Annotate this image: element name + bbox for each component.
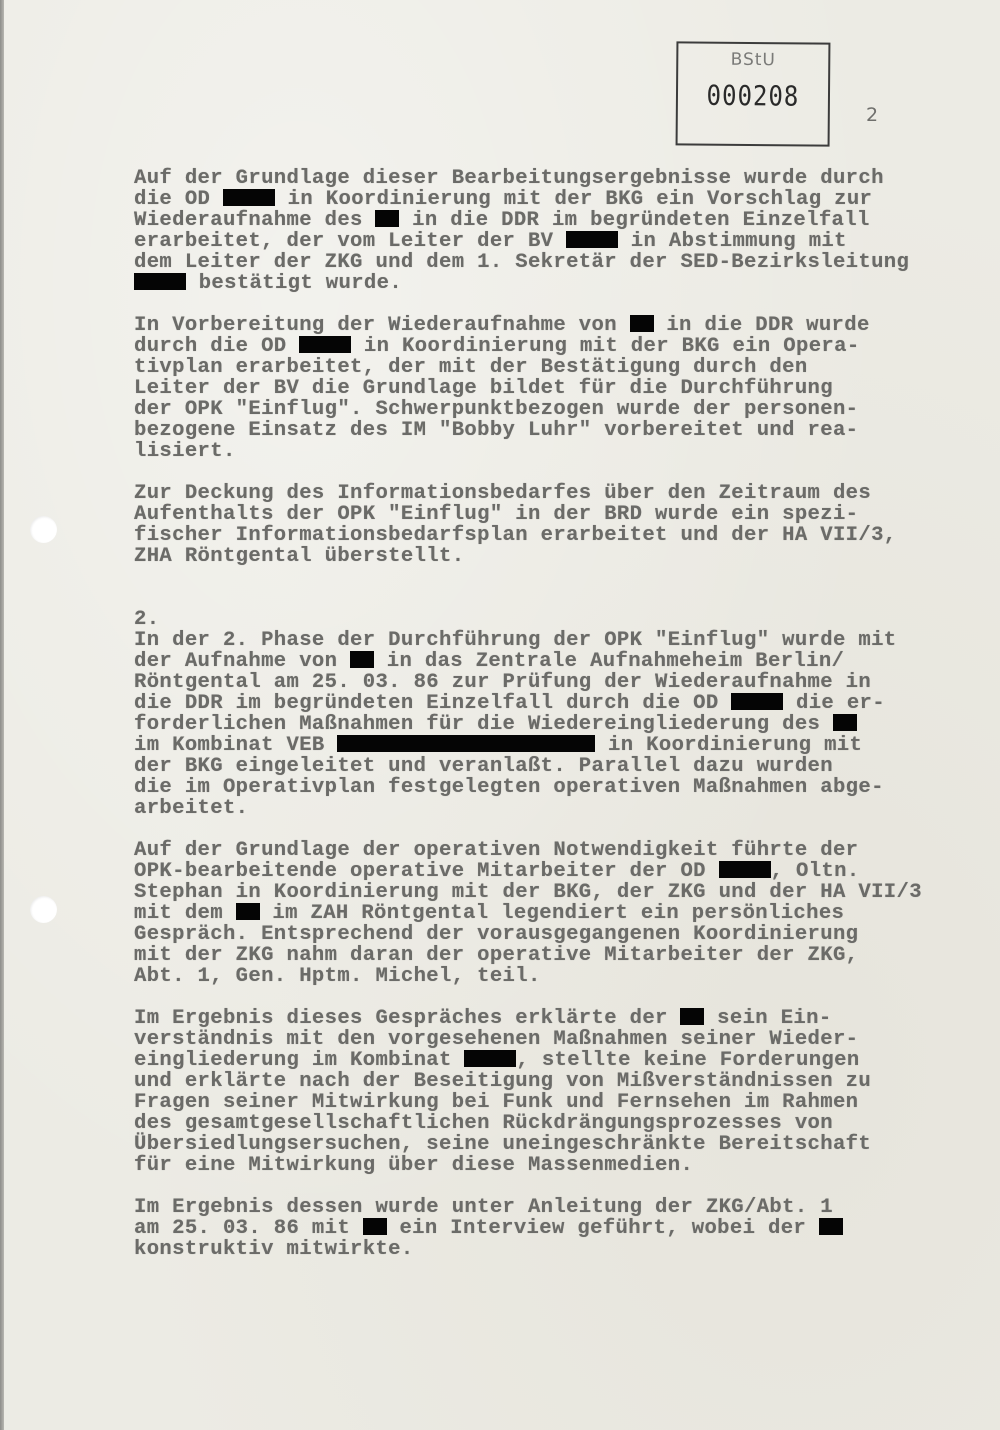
paragraph: Im Ergebnis dieses Gespräches erklärte d… bbox=[134, 1008, 904, 1176]
text-segment: tivplan erarbeitet, der mit der Bestätig… bbox=[134, 356, 808, 379]
text-segment: in Koordinierung mit bbox=[595, 734, 862, 757]
redaction-box bbox=[337, 735, 595, 752]
redaction-box bbox=[731, 693, 783, 710]
text-line: arbeitet. bbox=[134, 798, 904, 819]
text-segment: Leiter der BV die Grundlage bildet für d… bbox=[134, 377, 833, 400]
text-line: erarbeitet, der vom Leiter der BV in Abs… bbox=[134, 231, 904, 252]
text-segment: Abt. 1, Gen. Hptm. Michel, teil. bbox=[134, 965, 541, 988]
text-line: die im Operativplan festgelegten operati… bbox=[134, 777, 904, 798]
text-segment: Röntgental am 25. 03. 86 zur Prüfung der… bbox=[134, 671, 871, 694]
punch-hole bbox=[30, 516, 57, 543]
paragraph-gap bbox=[134, 987, 904, 1008]
text-line: Zur Deckung des Informationsbedarfes übe… bbox=[134, 483, 904, 504]
paragraph-gap bbox=[134, 1176, 904, 1197]
text-line: mit der ZKG nahm daran der operative Mit… bbox=[134, 945, 904, 966]
text-line: der OPK "Einflug". Schwerpunktbezogen wu… bbox=[134, 399, 904, 420]
text-line: dem Leiter der ZKG und dem 1. Sekretär d… bbox=[134, 252, 904, 273]
text-segment: , stellte keine Forderungen bbox=[516, 1049, 859, 1072]
text-line: In Vorbereitung der Wiederaufnahme von i… bbox=[134, 315, 904, 336]
text-line: OPK-bearbeitende operative Mitarbeiter d… bbox=[134, 861, 904, 882]
text-segment: forderlichen Maßnahmen für die Wiederein… bbox=[134, 713, 833, 736]
text-segment: Fragen seiner Mitwirkung bei Funk und Fe… bbox=[134, 1091, 858, 1114]
stamp-number: 000208 bbox=[678, 79, 828, 113]
text-segment: arbeitet. bbox=[134, 797, 248, 820]
text-segment: in Koordinierung mit der BKG ein Vorschl… bbox=[275, 188, 872, 211]
text-line: die DDR im begründeten Einzelfall durch … bbox=[134, 693, 904, 714]
text-line: Leiter der BV die Grundlage bildet für d… bbox=[134, 378, 904, 399]
text-segment: in Koordinierung mit der BKG ein Opera- bbox=[351, 335, 859, 358]
text-line: 2. bbox=[134, 609, 904, 630]
text-segment: bestätigt wurde. bbox=[186, 272, 402, 295]
text-line: der Aufnahme von in das Zentrale Aufnahm… bbox=[134, 651, 904, 672]
text-line: durch die OD in Koordinierung mit der BK… bbox=[134, 336, 904, 357]
redaction-box bbox=[236, 903, 260, 920]
text-line: im Kombinat VEB in Koordinierung mit bbox=[134, 735, 904, 756]
paragraph-gap bbox=[134, 567, 904, 588]
redaction-box bbox=[819, 1218, 843, 1235]
text-segment: Gespräch. Entsprechend der vorausgegange… bbox=[134, 923, 858, 946]
text-segment: im Kombinat VEB bbox=[134, 734, 337, 757]
text-line: ZHA Röntgental überstellt. bbox=[134, 546, 904, 567]
text-line: Übersiedlungsersuchen, seine uneingeschr… bbox=[134, 1134, 904, 1155]
text-segment: in die DDR im begründeten Einzelfall bbox=[399, 209, 869, 232]
text-segment: im ZAH Röntgental legendiert ein persönl… bbox=[260, 902, 845, 925]
page-edge-shadow bbox=[0, 0, 4, 1430]
paragraph: Auf der Grundlage dieser Bearbeitungserg… bbox=[134, 168, 904, 294]
text-line: bezogene Einsatz des IM "Bobby Luhr" vor… bbox=[134, 420, 904, 441]
text-segment: der OPK "Einflug". Schwerpunktbezogen wu… bbox=[134, 398, 858, 421]
stamp-title: BStU bbox=[678, 49, 828, 70]
text-line: In der 2. Phase der Durchführung der OPK… bbox=[134, 630, 904, 651]
redaction-box bbox=[363, 1218, 387, 1235]
text-segment: durch die OD bbox=[134, 335, 299, 358]
text-line: tivplan erarbeitet, der mit der Bestätig… bbox=[134, 357, 904, 378]
text-line: Im Ergebnis dieses Gespräches erklärte d… bbox=[134, 1008, 904, 1029]
paragraph: Auf der Grundlage der operativen Notwend… bbox=[134, 840, 904, 987]
text-line: Abt. 1, Gen. Hptm. Michel, teil. bbox=[134, 966, 904, 987]
text-segment: die er- bbox=[783, 692, 885, 715]
text-line: des gesamtgesellschaftlichen Rückdrängun… bbox=[134, 1113, 904, 1134]
page-number: 2 bbox=[866, 104, 878, 126]
text-segment: fischer Informationsbedarfsplan erarbeit… bbox=[134, 524, 897, 547]
text-line: Gespräch. Entsprechend der vorausgegange… bbox=[134, 924, 904, 945]
text-segment: die DDR im begründeten Einzelfall durch … bbox=[134, 692, 731, 715]
text-segment: ein Interview geführt, wobei der bbox=[387, 1217, 819, 1240]
text-segment: verständnis mit den vorgesehenen Maßnahm… bbox=[134, 1028, 858, 1051]
text-segment: eingliederung im Kombinat bbox=[134, 1049, 464, 1072]
text-line: und erklärte nach der Beseitigung von Mi… bbox=[134, 1071, 904, 1092]
text-line: der BKG eingeleitet und veranlaßt. Paral… bbox=[134, 756, 904, 777]
typewritten-body: Auf der Grundlage dieser Bearbeitungserg… bbox=[134, 168, 904, 1260]
text-line: für eine Mitwirkung über diese Massenmed… bbox=[134, 1155, 904, 1176]
text-line: Im Ergebnis dessen wurde unter Anleitung… bbox=[134, 1197, 904, 1218]
text-segment: OPK-bearbeitende operative Mitarbeiter d… bbox=[134, 860, 719, 883]
text-segment: bezogene Einsatz des IM "Bobby Luhr" vor… bbox=[134, 419, 858, 442]
redaction-box bbox=[134, 273, 186, 290]
redaction-box bbox=[630, 315, 654, 332]
text-line: Röntgental am 25. 03. 86 zur Prüfung der… bbox=[134, 672, 904, 693]
text-segment: der BKG eingeleitet und veranlaßt. Paral… bbox=[134, 755, 833, 778]
text-segment: dem Leiter der ZKG und dem 1. Sekretär d… bbox=[134, 251, 909, 274]
text-segment: die im Operativplan festgelegten operati… bbox=[134, 776, 884, 799]
redaction-box bbox=[680, 1008, 704, 1025]
text-line: fischer Informationsbedarfsplan erarbeit… bbox=[134, 525, 904, 546]
text-segment: , Oltn. bbox=[771, 860, 860, 883]
redaction-box bbox=[566, 231, 618, 248]
paragraph-gap bbox=[134, 819, 904, 840]
redaction-box bbox=[464, 1050, 516, 1067]
text-line: die OD in Koordinierung mit der BKG ein … bbox=[134, 189, 904, 210]
text-segment: am 25. 03. 86 mit bbox=[134, 1217, 363, 1240]
text-segment: konstruktiv mitwirkte. bbox=[134, 1238, 414, 1261]
text-segment: In Vorbereitung der Wiederaufnahme von bbox=[134, 314, 630, 337]
redaction-box bbox=[719, 861, 771, 878]
text-segment: In der 2. Phase der Durchführung der OPK… bbox=[134, 629, 897, 652]
text-line: konstruktiv mitwirkte. bbox=[134, 1239, 904, 1260]
paragraph-gap bbox=[134, 294, 904, 315]
text-segment: in das Zentrale Aufnahmeheim Berlin/ bbox=[374, 650, 844, 673]
text-line: Fragen seiner Mitwirkung bei Funk und Fe… bbox=[134, 1092, 904, 1113]
text-segment: mit dem bbox=[134, 902, 236, 925]
text-line: Auf der Grundlage der operativen Notwend… bbox=[134, 840, 904, 861]
text-segment: Auf der Grundlage dieser Bearbeitungserg… bbox=[134, 167, 884, 190]
text-segment: und erklärte nach der Beseitigung von Mi… bbox=[134, 1070, 871, 1093]
paragraph: In Vorbereitung der Wiederaufnahme von i… bbox=[134, 315, 904, 462]
text-line: forderlichen Maßnahmen für die Wiederein… bbox=[134, 714, 904, 735]
text-line: verständnis mit den vorgesehenen Maßnahm… bbox=[134, 1029, 904, 1050]
text-segment: lisiert. bbox=[134, 440, 236, 463]
document-page: BStU 000208 2 Auf der Grundlage dieser B… bbox=[0, 0, 1000, 1430]
text-segment: 2. bbox=[134, 608, 159, 631]
text-segment: mit der ZKG nahm daran der operative Mit… bbox=[134, 944, 858, 967]
text-line: eingliederung im Kombinat , stellte kein… bbox=[134, 1050, 904, 1071]
text-segment: Im Ergebnis dieses Gespräches erklärte d… bbox=[134, 1007, 680, 1030]
paragraph: Im Ergebnis dessen wurde unter Anleitung… bbox=[134, 1197, 904, 1260]
paragraph-gap bbox=[134, 588, 904, 609]
text-line: bestätigt wurde. bbox=[134, 273, 904, 294]
text-segment: der Aufnahme von bbox=[134, 650, 350, 673]
redaction-box bbox=[375, 210, 399, 227]
text-segment: die OD bbox=[134, 188, 223, 211]
text-line: mit dem im ZAH Röntgental legendiert ein… bbox=[134, 903, 904, 924]
paragraph: Zur Deckung des Informationsbedarfes übe… bbox=[134, 483, 904, 567]
text-line: Auf der Grundlage dieser Bearbeitungserg… bbox=[134, 168, 904, 189]
redaction-box bbox=[833, 714, 857, 731]
text-segment: Auf der Grundlage der operativen Notwend… bbox=[134, 839, 858, 862]
text-segment: des gesamtgesellschaftlichen Rückdrängun… bbox=[134, 1112, 833, 1135]
text-segment: Übersiedlungsersuchen, seine uneingeschr… bbox=[134, 1133, 871, 1156]
text-line: am 25. 03. 86 mit ein Interview geführt,… bbox=[134, 1218, 904, 1239]
text-line: Aufenthalts der OPK "Einflug" in der BRD… bbox=[134, 504, 904, 525]
redaction-box bbox=[223, 189, 275, 206]
text-segment: erarbeitet, der vom Leiter der BV bbox=[134, 230, 566, 253]
text-line: Stephan in Koordinierung mit der BKG, de… bbox=[134, 882, 904, 903]
text-segment: in Abstimmung mit bbox=[618, 230, 847, 253]
paragraph-gap bbox=[134, 462, 904, 483]
text-segment: Wiederaufnahme des bbox=[134, 209, 375, 232]
text-segment: in die DDR wurde bbox=[654, 314, 870, 337]
archive-stamp: BStU 000208 bbox=[676, 41, 831, 146]
text-segment: ZHA Röntgental überstellt. bbox=[134, 545, 464, 568]
text-line: lisiert. bbox=[134, 441, 904, 462]
text-segment: Aufenthalts der OPK "Einflug" in der BRD… bbox=[134, 503, 858, 526]
text-segment: sein Ein- bbox=[704, 1007, 831, 1030]
text-segment: Im Ergebnis dessen wurde unter Anleitung… bbox=[134, 1196, 833, 1219]
text-segment: Stephan in Koordinierung mit der BKG, de… bbox=[134, 881, 922, 904]
redaction-box bbox=[299, 336, 351, 353]
redaction-box bbox=[350, 651, 374, 668]
punch-hole bbox=[30, 896, 57, 923]
paragraph: 2.In der 2. Phase der Durchführung der O… bbox=[134, 609, 904, 819]
text-line: Wiederaufnahme des in die DDR im begründ… bbox=[134, 210, 904, 231]
text-segment: für eine Mitwirkung über diese Massenmed… bbox=[134, 1154, 693, 1177]
text-segment: Zur Deckung des Informationsbedarfes übe… bbox=[134, 482, 871, 505]
